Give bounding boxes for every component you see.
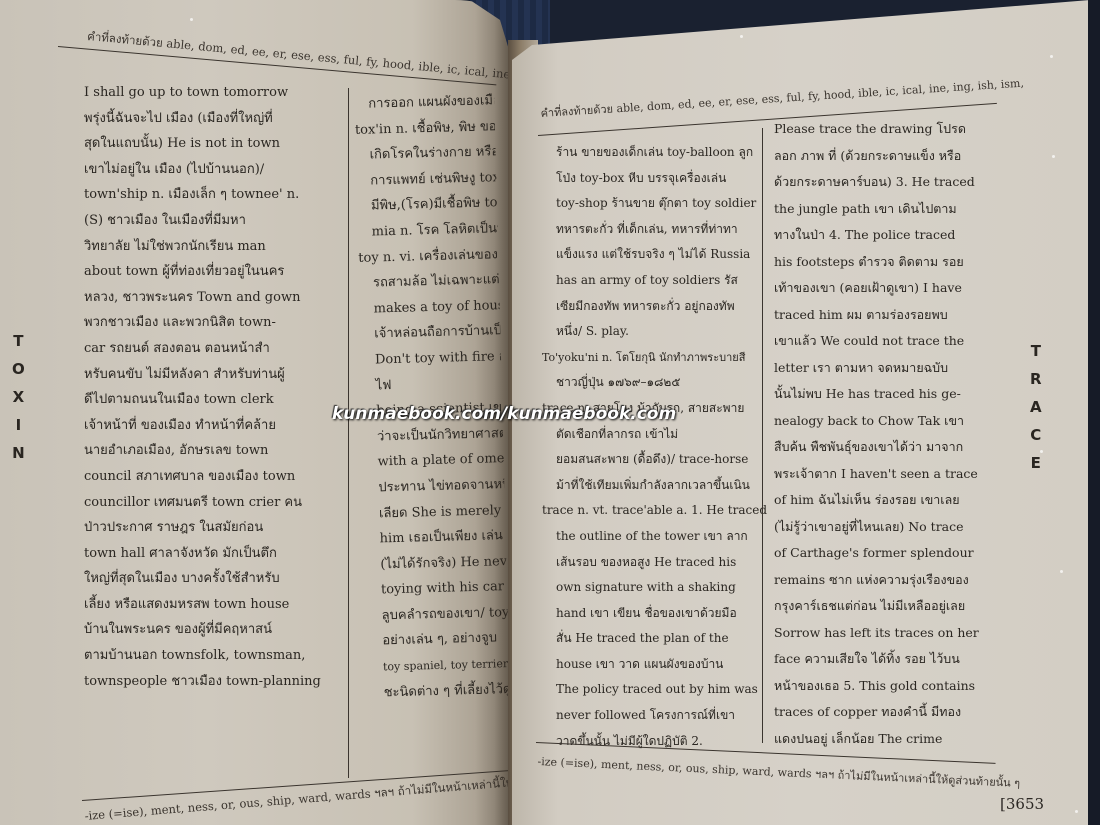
text-line: him เธอเป็นเพียง เล่น	[365, 523, 506, 552]
text-line: of him ฉันไม่เห็น ร่องรอย เขาเลย	[774, 487, 1004, 514]
text-line: สั่น He traced the plan of the	[542, 626, 772, 652]
text-line: ตัดเชือกที่ลากรถ เข้าไม่	[542, 422, 772, 448]
text-line: traces of copper ทองคำนี้ มีทอง	[774, 699, 1004, 726]
text-line: ใหญ่ที่สุดในเมือง บางครั้งใช้สำหรับ	[84, 566, 344, 592]
text-line: เขาไม่อยู่ใน เมือง (ไปบ้านนอก)/	[84, 157, 344, 183]
text-line: hand เขา เขียน ชื่อของเขาด้วยมือ	[542, 601, 772, 627]
text-line: นายอำเภอเมือง, อักษรเลข town	[84, 438, 344, 464]
text-line: เจ้าหน้าที่ ของเมือง ทำหน้าที่คล้าย	[84, 413, 344, 439]
guide-letter: I	[16, 416, 22, 434]
text-line: (ไม่รู้ว่าเขาอยู่ที่ไหนเลย) No trace	[774, 514, 1004, 541]
left-column-1: I shall go up to town tomorrow พรุ่งนี้ฉ…	[84, 80, 344, 694]
guide-letter: X	[13, 388, 25, 406]
left-column-2: การออก แผนผังของเมือง/ C. tox'in n. เชื้…	[354, 88, 510, 706]
text-line: toy n. vi. เครื่องเล่นของเด็ก	[358, 242, 499, 271]
text-line: of Carthage's former splendour	[774, 540, 1004, 567]
text-line: หนึ่ง/ S. play.	[542, 319, 772, 345]
right-column-divider	[762, 128, 763, 743]
text-line: toy spaniel, toy terrier สุนัข	[369, 651, 510, 680]
book-photo: คำที่ลงท้ายด้วย able, dom, ed, ee, er, e…	[0, 0, 1100, 825]
text-line: ทหารตะกั่ว ที่เด็กเล่น, ทหารที่ท่าทา	[542, 217, 772, 243]
text-line: ป่าวประกาศ ราษฎร ในสมัยก่อน	[84, 515, 344, 541]
text-line: ร้าน ขายของเด็กเล่น toy-balloon ลูก	[542, 140, 772, 166]
text-line: about town ผู้ที่ท่องเที่ยวอยู่ในนคร	[84, 259, 344, 285]
text-line: กรุงคาร์เธชแต่ก่อน ไม่มีเหลืออยู่เลย	[774, 593, 1004, 620]
text-line: เลี้ยง หรือแสดงมหรสพ town house	[84, 592, 344, 618]
text-line: has an army of toy soldiers รัส	[542, 268, 772, 294]
guide-letter: A	[1030, 398, 1042, 416]
text-line: เลียด She is merely toying	[365, 498, 506, 527]
text-line: เกิดโรคในร่างกาย หรือ	[355, 139, 496, 168]
right-page-header: คำที่ลงท้ายด้วย able, dom, ed, ee, er, e…	[540, 74, 1024, 122]
guide-letter: T	[13, 332, 23, 350]
text-line: nealogy back to Chow Tak เขา	[774, 408, 1004, 435]
text-line: ดีไปตามถนนในเมือง town clerk	[84, 387, 344, 413]
right-column-1: ร้าน ขายของเด็กเล่น toy-balloon ลูก โป่ง…	[542, 140, 772, 754]
guide-letter: O	[12, 360, 25, 378]
dust-speck	[1075, 810, 1078, 813]
text-line: ไฟ	[361, 370, 502, 399]
text-line: mia n. โรค โลหิตเป็นพิษ/	[357, 216, 498, 245]
text-line: house เขา วาด แผนผังของบ้าน	[542, 652, 772, 678]
text-line: ลูบคลำรถของเขา/ toy	[367, 600, 508, 629]
text-line: Please trace the drawing โปรด	[774, 116, 1004, 143]
text-line: with a plate of omelet	[363, 446, 504, 475]
text-line: The policy traced out by him was	[542, 677, 772, 703]
dust-speck	[1040, 450, 1043, 453]
text-line: นั้นไม่พบ He has traced his ge-	[774, 381, 1004, 408]
text-line: โป่ง toy-box หีบ บรรจุเครื่องเล่น	[542, 166, 772, 192]
text-line: townspeople ชาวเมือง town-planning	[84, 669, 344, 695]
text-line: (ไม่ได้รักจริง) He never	[366, 549, 507, 578]
text-line: รถสามล้อ ไม่เฉพาะแต่	[359, 267, 500, 296]
text-line: face ความเสียใจ ได้ทิ้ง รอย ไว้บน	[774, 646, 1004, 673]
text-line: แข็งแรง แต่ใช้รบจริง ๆ ไม่ได้ Russia	[542, 242, 772, 268]
text-line: บ้านในพระนคร ของผู้ที่มีคฤหาสน์	[84, 617, 344, 643]
text-line: เซียมีกองทัพ ทหารตะกั่ว อยู่กองทัพ	[542, 294, 772, 320]
right-column-2: Please trace the drawing โปรด ลอก ภาพ ที…	[774, 116, 1004, 752]
left-guide-word: T O X I N	[12, 332, 25, 462]
dust-speck	[1060, 570, 1063, 573]
text-line: ม้าที่ใช้เทียมเพิ่มกำลังลากเวลาขึ้นเนิน	[542, 473, 772, 499]
guide-letter: N	[12, 444, 25, 462]
watermark: kunmaebook.com/kunmaebook.com	[332, 404, 676, 424]
text-line: makes a toy of house-keeping	[359, 293, 500, 322]
text-line: traced him ผม ตามร่องรอยพบ	[774, 302, 1004, 329]
guide-letter: C	[1030, 426, 1041, 444]
text-line: อย่างเล่น ๆ, อย่างจูบ	[368, 626, 509, 655]
text-line: แดงปนอยู่ เล็กน้อย The crime	[774, 726, 1004, 753]
text-line: remains ซาก แห่งความรุ่งเรืองของ	[774, 567, 1004, 594]
text-line: การแพทย์ เช่นพิษงู tox'ic a.	[356, 165, 497, 194]
left-column-divider	[348, 88, 349, 778]
text-line: trace n. vt. trace'able a. 1. He traced	[542, 498, 772, 524]
text-line: สุดในแถบนั้น) He is not in town	[84, 131, 344, 157]
text-line: town hall ศาลาจังหวัด มักเป็นตึก	[84, 541, 344, 567]
text-line: toy-shop ร้านขาย ตุ๊กตา toy soldier	[542, 191, 772, 217]
text-line: Don't toy with fire อย่า	[361, 344, 502, 373]
text-line: letter เรา ตามหา จดหมายฉบับ	[774, 355, 1004, 382]
text-line: tox'in n. เชื้อพิษ, พิษ ของตัว	[355, 114, 496, 143]
text-line: the outline of the tower เขา ลาก	[542, 524, 772, 550]
text-line: ประทาน ไข่ทอดจานหนึ่ง	[364, 472, 505, 501]
dust-speck	[1050, 55, 1053, 58]
text-line: มีพิษ,(โรค)มีเชื้อพิษ toxae'mia	[357, 191, 498, 220]
guide-letter: T	[1031, 342, 1041, 360]
text-line: town'ship n. เมืองเล็ก ๆ townee' n.	[84, 182, 344, 208]
text-line: หรับคนขับ ไม่มีหลังคา สำหรับท่านผู้	[84, 362, 344, 388]
guide-letter: R	[1030, 370, 1042, 388]
background-edge	[1088, 0, 1100, 825]
text-line: สืบค้น พืชพันธุ์ของเขาได้ว่า มาจาก	[774, 434, 1004, 461]
text-line: the jungle path เขา เดินไปตาม	[774, 196, 1004, 223]
text-line: ชาวญี่ปุ่น ๑๗๖๙–๑๘๒๕	[542, 370, 772, 396]
text-line: ด้วยกระดาษคาร์บอน) 3. He traced	[774, 169, 1004, 196]
text-line: พระเจ้าตาก I haven't seen a trace	[774, 461, 1004, 488]
text-line: หน้าของเธอ 5. This gold contains	[774, 673, 1004, 700]
text-line: I shall go up to town tomorrow	[84, 80, 344, 106]
text-line: เส้นรอบ ของหอสูง He traced his	[542, 550, 772, 576]
text-line: วิทยาลัย ไม่ใช่พวกนักเรียน man	[84, 234, 344, 260]
dust-speck	[190, 18, 193, 21]
text-line: To'yoku'ni n. โตโยกุนิ นักทำภาพระบายสี	[542, 345, 772, 371]
text-line: พรุ่งนี้ฉันจะไป เมือง (เมืองที่ใหญ่ที่	[84, 106, 344, 132]
right-page-footer: -ize (=ise), ment, ness, or, ous, ship, …	[537, 752, 1020, 792]
text-line: การออก แผนผังของเมือง/ C.	[354, 88, 495, 117]
text-line: councillor เทศมนตรี town crier คน	[84, 490, 344, 516]
guide-letter: E	[1031, 454, 1041, 472]
text-line: ว่าจะเป็นนักวิทยาศาสตร์	[363, 421, 504, 450]
text-line: toying with his car	[367, 574, 508, 603]
text-line: เท้าของเขา (คอยเฝ้าดูเขา) I have	[774, 275, 1004, 302]
text-line: his footsteps ตำรวจ ติดตาม รอย	[774, 249, 1004, 276]
text-line: never followed โครงการณ์ที่เขา	[542, 703, 772, 729]
dust-speck	[740, 35, 743, 38]
text-line: council สภาเทศบาล ของเมือง town	[84, 464, 344, 490]
dust-speck	[1052, 155, 1055, 158]
text-line: car รถยนต์ สองตอน ตอนหน้าสำ	[84, 336, 344, 362]
text-line: own signature with a shaking	[542, 575, 772, 601]
text-line: (S) ชาวเมือง ในเมืองที่มีมหา	[84, 208, 344, 234]
text-line: หลวง, ชาวพระนคร Town and gown	[84, 285, 344, 311]
text-line: ลอก ภาพ ที่ (ด้วยกระดาษแข็ง หรือ	[774, 143, 1004, 170]
text-line: เขาแล้ว We could not trace the	[774, 328, 1004, 355]
text-line: ยอมสนสะพาย (ดื้อดึง)/ trace-horse	[542, 447, 772, 473]
text-line: พวกชาวเมือง และพวกนิสิต town-	[84, 310, 344, 336]
text-line: เจ้าหล่อนถือการบ้านเป็นเล่น	[360, 319, 501, 348]
page-number: [3653	[1000, 795, 1044, 813]
text-line: Sorrow has left its traces on her	[774, 620, 1004, 647]
text-line: ตามบ้านนอก townsfolk, townsman,	[84, 643, 344, 669]
text-line: ชะนิดต่าง ๆ ที่เลี้ยงไว้ดูเล่น	[369, 677, 510, 706]
text-line: ทางในป่า 4. The police traced	[774, 222, 1004, 249]
